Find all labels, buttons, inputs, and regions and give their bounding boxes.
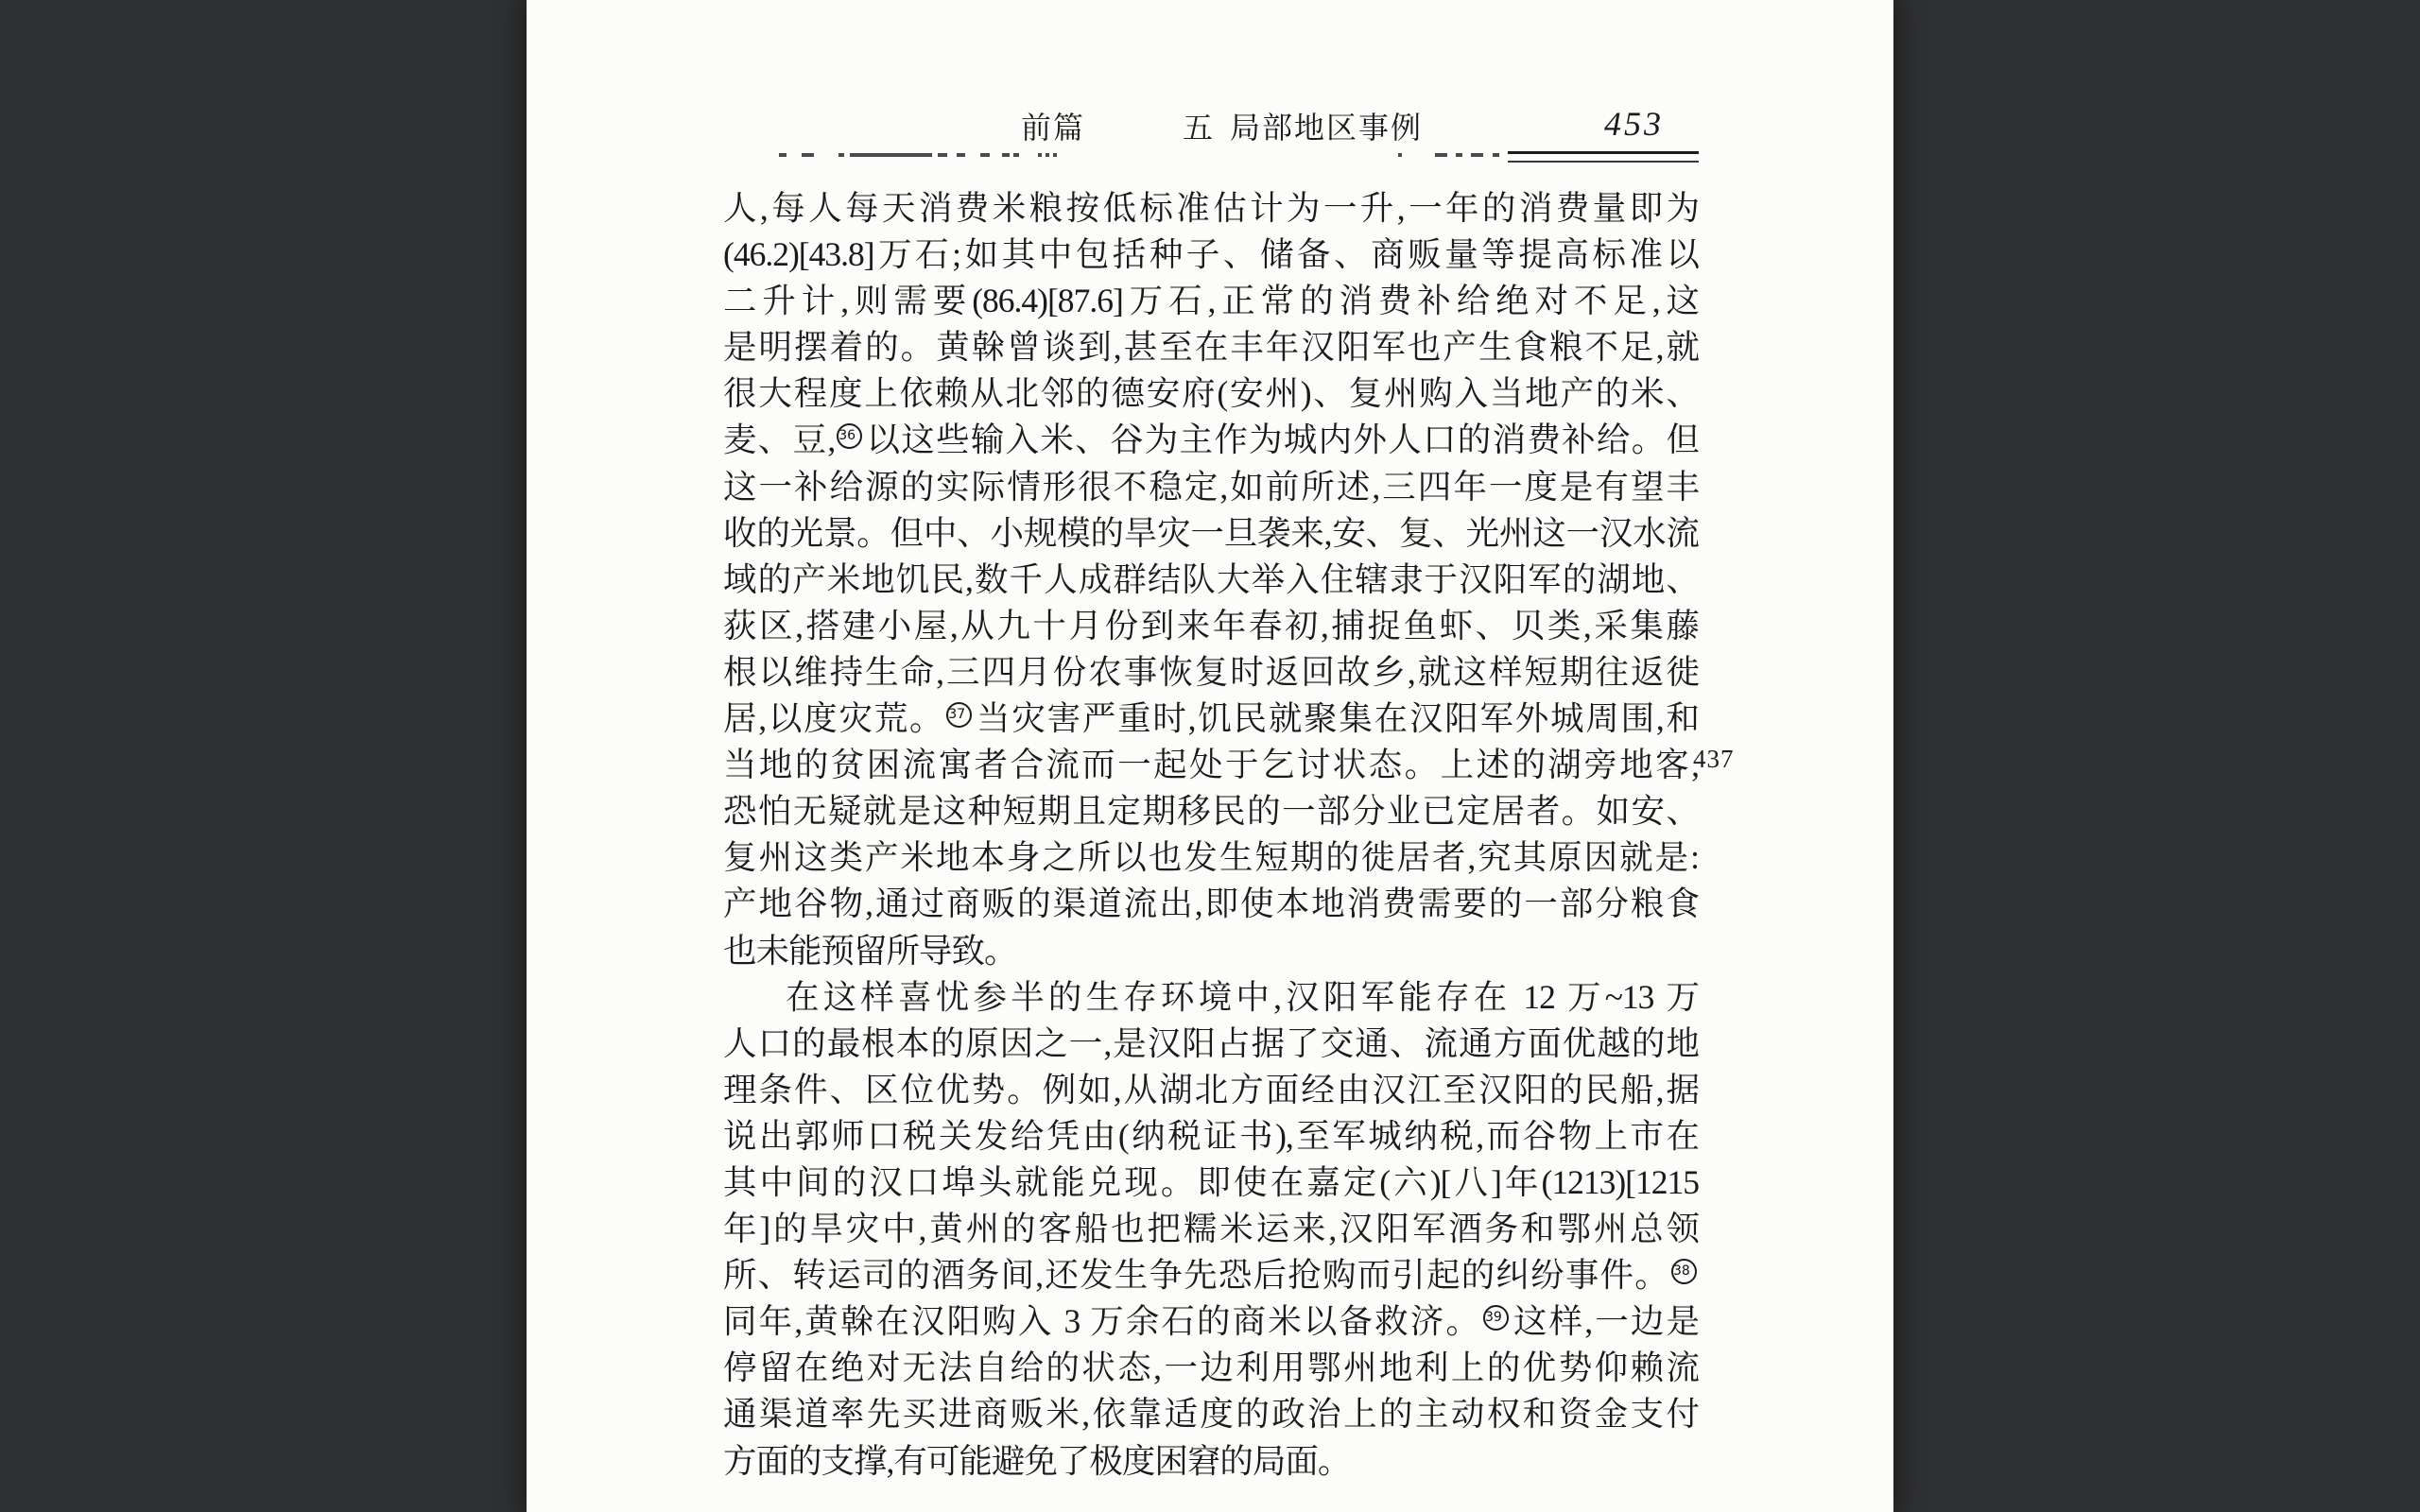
text-line: 在这样喜忧参半的生存环境中,汉阳军能存在 12 万~13 万: [723, 974, 1699, 1021]
footnote-marker: 36: [837, 423, 862, 449]
footnote-marker: 37: [946, 702, 972, 728]
text-line: 这一补给源的实际情形很不稳定,如前所述,三四年一度是有望丰: [723, 464, 1699, 510]
emphasis-dots: 八: [1450, 1163, 1491, 1201]
rule-segment: [1038, 153, 1042, 157]
rule-segment: [938, 153, 947, 157]
emphasis-dots: 7.6: [1074, 282, 1113, 319]
header-section-title: 局部地区事例: [1230, 104, 1423, 147]
header-section-number: 五: [1183, 104, 1215, 147]
text-line: 居,以度灾荒。37当灾害严重时,饥民就聚集在汉阳军外城周围,和: [723, 696, 1699, 742]
text-line: 年]的旱灾中,黄州的客船也把糯米运来,汉阳军酒务和鄂州总领: [723, 1206, 1699, 1252]
text-line: 停留在绝对无法自给的状态,一边利用鄂州地利上的优势仰赖流: [723, 1345, 1699, 1391]
emphasis-dots: 1215: [1635, 1163, 1699, 1201]
rule-segment: [1053, 153, 1057, 157]
rule-segment: [1508, 151, 1699, 163]
text-line: 通渠道率先买进商贩米,依靠适度的政治上的主动权和资金支付: [723, 1391, 1699, 1437]
book-page: 前篇 五 局部地区事例 453 人,每人每天消费米粮按低标准估计为一升,一年的消…: [527, 0, 1893, 1512]
text-line: 麦、豆,36以这些输入米、谷为主作为城内外人口的消费补给。但: [723, 417, 1699, 463]
text-line: 同年,黄榦在汉阳购入 3 万余石的商米以备救济。39这样,一边是: [723, 1298, 1699, 1345]
rule-segment: [1013, 153, 1019, 157]
text-line: 是明摆着的。黄榦曾谈到,甚至在丰年汉阳军也产生食粮不足,就: [723, 324, 1699, 370]
rule-segment: [1002, 153, 1010, 157]
rule-segment: [1046, 153, 1049, 157]
rule-segment: [1398, 153, 1402, 157]
text-line: 域的产米地饥民,数千人成群结队大举入住辖隶于汉阳军的湖地、: [723, 557, 1699, 603]
rule-segment: [1456, 153, 1462, 157]
text-line: 所、转运司的酒务间,还发生争先恐后抢购而引起的纠纷事件。38: [723, 1252, 1699, 1298]
running-head: 前篇 五 局部地区事例 453: [527, 104, 1893, 147]
text-line: 荻区,搭建小屋,从九十月份到来年春初,捕捉鱼虾、贝类,采集藤: [723, 603, 1699, 649]
emphasis-dots: 3.8: [824, 235, 863, 273]
text-line: 很大程度上依赖从北邻的德安府(安州)、复州购入当地产的米、: [723, 370, 1699, 417]
text-line: (46.2)[43.8]万石;如其中包括种子、储备、商贩量等提高标准以: [723, 232, 1699, 278]
text-line: 当地的贫困流寓者合流而一起处于乞讨状态。上述的湖旁地客,: [723, 742, 1699, 788]
rule-segment: [850, 153, 932, 157]
text-line: 复州这类产米地本身之所以也发生短期的徙居者,究其原因就是:: [723, 834, 1699, 881]
text-line: 恐怕无疑就是这种短期且定期移民的一部分业已定居者。如安、: [723, 788, 1699, 834]
text-line: 根以维持生命,三四月份农事恢复时返回故乡,就这样短期往返徙: [723, 649, 1699, 696]
emphasis-dots: 年: [723, 1210, 759, 1247]
text-line: 人口的最根本的原因之一,是汉阳占据了交通、流通方面优越的地: [723, 1021, 1699, 1067]
footnote-marker: 38: [1671, 1259, 1697, 1284]
text-line: 收的光景。但中、小规模的旱灾一旦袭来,安、复、光州这一汉水流: [723, 510, 1699, 557]
text-line: 产地谷物,通过商贩的渠道流出,即使本地消费需要的一部分粮食: [723, 881, 1699, 927]
margin-page-ref: 437: [1693, 745, 1735, 774]
screen: 前篇 五 局部地区事例 453 人,每人每天消费米粮按低标准估计为一升,一年的消…: [0, 0, 2420, 1512]
rule-segment: [838, 153, 844, 157]
rule-segment: [1471, 153, 1483, 157]
rule-segment: [1435, 153, 1447, 157]
text-line: 人,每人每天消费米粮按低标准估计为一升,一年的消费量即为: [723, 185, 1699, 232]
rule-segment: [957, 153, 965, 157]
rule-segment: [802, 153, 814, 157]
rule-segment: [1493, 153, 1499, 157]
text-line: 也未能预留所导致。: [723, 928, 1699, 974]
page-body-text: 人,每人每天消费米粮按低标准估计为一升,一年的消费量即为(46.2)[43.8]…: [723, 185, 1699, 1485]
footnote-marker: 39: [1483, 1305, 1509, 1331]
rule-segment: [980, 153, 990, 157]
header-page-number: 453: [1604, 104, 1664, 144]
header-part-label: 前篇: [1021, 104, 1085, 147]
text-line: 理条件、区位优势。例如,从湖北方面经由汉江至汉阳的民船,据: [723, 1067, 1699, 1113]
header-rule: [527, 151, 1893, 161]
rule-segment: [779, 153, 786, 157]
text-line: 二升计,则需要(86.4)[87.6]万石,正常的消费补给绝对不足,这: [723, 278, 1699, 324]
text-line: 方面的支撑,有可能避免了极度困窘的局面。: [723, 1438, 1699, 1485]
text-line: 说出郭师口税关发给凭由(纳税证书),至军城纳税,而谷物上市在: [723, 1113, 1699, 1160]
text-line: 其中间的汉口埠头就能兑现。即使在嘉定(六)[八]年(1213)[1215: [723, 1160, 1699, 1206]
